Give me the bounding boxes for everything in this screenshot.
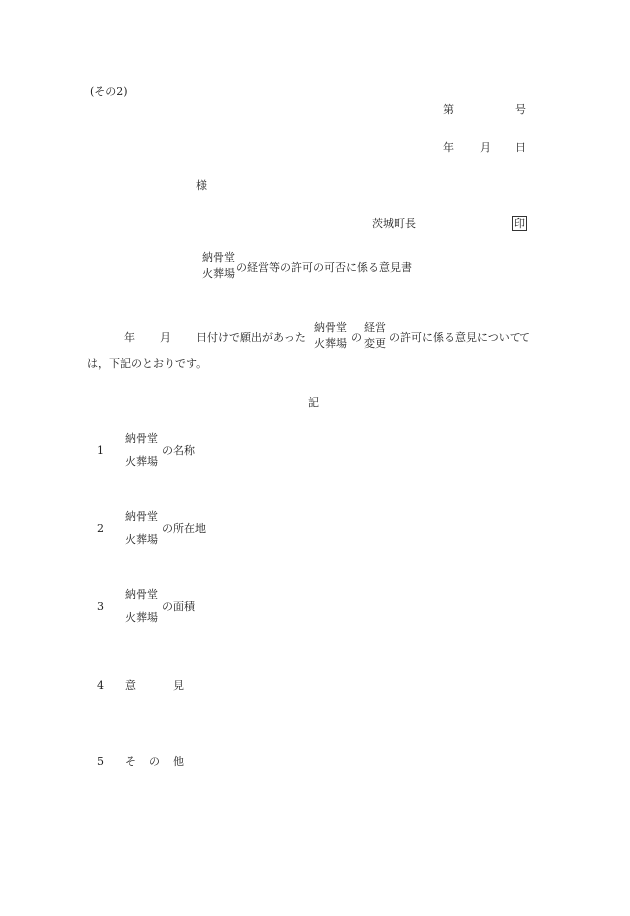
document-title: の経営等の許可の可否に係る意見書 [236,262,412,273]
item-1-option-kasoba: 火葬場 [125,450,158,473]
item-4-number: 4 [97,680,104,691]
addressee-suffix: 様 [196,180,207,191]
item-1-option-nokotsudo: 納骨堂 [125,427,158,450]
item-2-option-nokotsudo: 納骨堂 [125,505,158,528]
body-option-kasoba: 火葬場 [314,336,347,352]
item-3-options: 納骨堂 火葬場 [125,583,158,629]
title-option-kasoba: 火葬場 [202,266,235,282]
item-1-options: 納骨堂 火葬場 [125,427,158,473]
body-date-year: 年 [124,332,135,343]
body-action-options: 経営 変更 [364,320,386,352]
item-2-label: の所在地 [162,523,206,534]
body-line1-last: て [519,332,530,343]
doc-number-prefix: 第 [443,104,454,115]
item-1-label: の名称 [162,445,195,456]
item-3-option-kasoba: 火葬場 [125,606,158,629]
body-date-day-text: 日付けで願出があった [196,332,306,343]
item-3-option-nokotsudo: 納骨堂 [125,583,158,606]
body-facility-options: 納骨堂 火葬場 [314,320,347,352]
issuer-title: 茨城町長 [372,218,416,229]
item-5-label-mid: の [149,756,160,767]
date-day: 日 [515,142,526,153]
item-1-number: 1 [97,445,104,456]
item-2-number: 2 [97,523,104,534]
seal-mark: 印 [512,216,527,231]
item-4-label-a: 意 [125,680,136,691]
date-year: 年 [443,142,454,153]
item-5-label-b: 他 [173,756,184,767]
title-option-nokotsudo: 納骨堂 [202,250,235,266]
date-month: 月 [480,142,491,153]
item-3-number: 3 [97,601,104,612]
body-connector: の [351,332,362,343]
item-3-label: の面積 [162,601,195,612]
item-5-label-a: そ [125,756,136,767]
body-option-henko: 変更 [364,336,386,352]
body-line1-tail: の許可に係る意見について [389,332,521,343]
item-5-number: 5 [97,756,104,767]
doc-number-suffix: 号 [515,104,526,115]
body-option-nokotsudo: 納骨堂 [314,320,347,336]
form-number-label: (その2) [90,86,128,97]
item-2-options: 納骨堂 火葬場 [125,505,158,551]
item-2-option-kasoba: 火葬場 [125,528,158,551]
body-option-keiei: 経営 [364,320,386,336]
item-4-label-b: 見 [173,680,184,691]
body-line2: は，下記のとおりです。 [87,358,207,369]
ki-label: 記 [308,397,319,408]
body-date-month: 月 [160,332,171,343]
title-facility-options: 納骨堂 火葬場 [202,250,235,282]
